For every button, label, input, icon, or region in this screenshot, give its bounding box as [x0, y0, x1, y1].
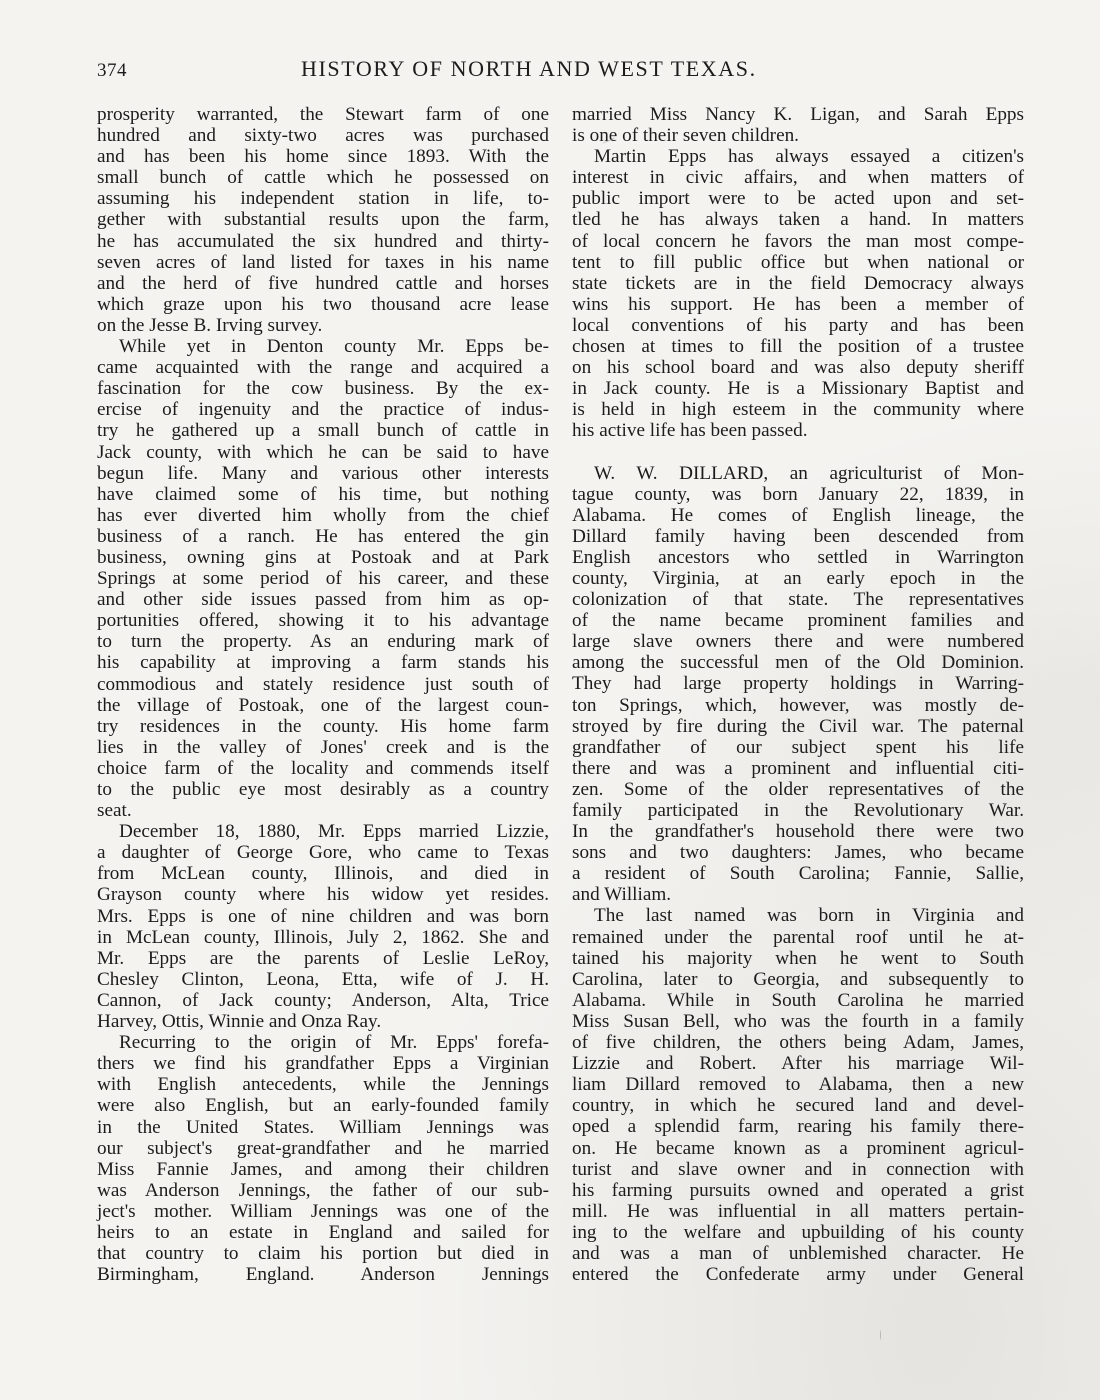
text-line: in Jack county. He is a Missionary Bapti…: [572, 378, 1024, 399]
text-line: In the grandfather's household there wer…: [572, 821, 1024, 842]
page-number: 374: [97, 60, 127, 82]
text-line: married Miss Nancy K. Ligan, and Sarah E…: [572, 104, 1024, 125]
text-line: W. W. DILLARD, an agriculturist of Mon-: [572, 463, 1024, 484]
text-line: Miss Fannie James, and among their child…: [97, 1159, 549, 1180]
text-line: to turn the property. As an enduring mar…: [97, 631, 549, 652]
text-line: country, in which he secured land and de…: [572, 1095, 1024, 1116]
text-line: and the herd of five hundred cattle and …: [97, 273, 549, 294]
text-line: tague county, was born January 22, 1839,…: [572, 484, 1024, 505]
left-text-column: prosperity warranted, the Stewart farm o…: [97, 104, 549, 1285]
text-line: Mrs. Epps is one of nine children and wa…: [97, 906, 549, 927]
paragraph: The last named was born in Virginia andr…: [572, 905, 1024, 1285]
text-line: Springs at some period of his career, an…: [97, 568, 549, 589]
running-head: 374 HISTORY OF NORTH AND WEST TEXAS.: [97, 56, 809, 86]
text-line: colonization of that state. The represen…: [572, 589, 1024, 610]
text-line: Alabama. He comes of English lineage, th…: [572, 505, 1024, 526]
text-line: our subject's great-grandfather and he m…: [97, 1138, 549, 1159]
text-line: The last named was born in Virginia and: [572, 905, 1024, 926]
text-line: tled he has always taken a hand. In matt…: [572, 209, 1024, 230]
text-line: stroyed by fire during the Civil war. Th…: [572, 716, 1024, 737]
scanned-book-page: 374 HISTORY OF NORTH AND WEST TEXAS. pro…: [0, 0, 1100, 1400]
text-line: choice farm of the locality and commends…: [97, 758, 549, 779]
text-line: the village of Postoak, one of the large…: [97, 695, 549, 716]
text-line: Martin Epps has always essayed a citizen…: [572, 146, 1024, 167]
scan-mark: [880, 1330, 881, 1340]
text-line: lies in the valley of Jones' creek and i…: [97, 737, 549, 758]
text-line: grandfather of our subject spent his lif…: [572, 737, 1024, 758]
text-line: county, Virginia, at an early epoch in t…: [572, 568, 1024, 589]
text-line: Dillard family having been descended fro…: [572, 526, 1024, 547]
text-line: Jack county, with which he can be said t…: [97, 442, 549, 463]
text-line: interest in civic affairs, and when matt…: [572, 167, 1024, 188]
text-line: his farming pursuits owned and operated …: [572, 1180, 1024, 1201]
text-line: business of a ranch. He has entered the …: [97, 526, 549, 547]
text-line: chosen at times to fill the position of …: [572, 336, 1024, 357]
text-line: thers we find his grandfather Epps a Vir…: [97, 1053, 549, 1074]
text-line: liam Dillard removed to Alabama, then a …: [572, 1074, 1024, 1095]
text-line: is one of their seven children.: [572, 125, 1024, 146]
text-line: sons and two daughters: James, who becam…: [572, 842, 1024, 863]
text-line: in McLean county, Illinois, July 2, 1862…: [97, 927, 549, 948]
text-line: he has accumulated the six hundred and t…: [97, 231, 549, 252]
text-line: ject's mother. William Jennings was one …: [97, 1201, 549, 1222]
text-line: tent to fill public office but when nati…: [572, 252, 1024, 273]
text-line: is held in high esteem in the community …: [572, 399, 1024, 420]
text-line: state tickets are in the field Democracy…: [572, 273, 1024, 294]
paragraph: Recurring to the origin of Mr. Epps' for…: [97, 1032, 549, 1285]
text-line: try residences in the county. His home f…: [97, 716, 549, 737]
text-line: large slave owners there and were number…: [572, 631, 1024, 652]
text-line: which graze upon his two thousand acre l…: [97, 294, 549, 315]
text-line: try he gathered up a small bunch of catt…: [97, 420, 549, 441]
text-line: public import were to be acted upon and …: [572, 188, 1024, 209]
text-line: Carolina, later to Georgia, and subseque…: [572, 969, 1024, 990]
text-line: Mr. Epps are the parents of Leslie LeRoy…: [97, 948, 549, 969]
text-line: among the successful men of the Old Domi…: [572, 652, 1024, 673]
text-line: wins his support. He has been a member o…: [572, 294, 1024, 315]
text-line: came acquainted with the range and acqui…: [97, 357, 549, 378]
text-line: and other side issues passed from him as…: [97, 589, 549, 610]
text-line: hundred and sixty-two acres was purchase…: [97, 125, 549, 146]
text-line: Grayson county where his widow yet resid…: [97, 884, 549, 905]
text-line: to the public eye most desirably as a co…: [97, 779, 549, 800]
text-line: tained his majority when he went to Sout…: [572, 948, 1024, 969]
text-line: entered the Confederate army under Gener…: [572, 1264, 1024, 1285]
text-line: While yet in Denton county Mr. Epps be-: [97, 336, 549, 357]
paragraph: prosperity warranted, the Stewart farm o…: [97, 104, 549, 336]
paragraph: W. W. DILLARD, an agriculturist of Mon-t…: [572, 463, 1024, 906]
text-line: of five children, the others being Adam,…: [572, 1032, 1024, 1053]
text-line: a resident of South Carolina; Fannie, Sa…: [572, 863, 1024, 884]
text-line: Harvey, Ottis, Winnie and Onza Ray.: [97, 1011, 549, 1032]
text-line: heirs to an estate in England and sailed…: [97, 1222, 549, 1243]
text-line: in the United States. William Jennings w…: [97, 1117, 549, 1138]
text-line: and William.: [572, 884, 1024, 905]
text-line: assuming his independent station in life…: [97, 188, 549, 209]
text-line: of local concern he favors the man most …: [572, 231, 1024, 252]
paragraph: married Miss Nancy K. Ligan, and Sarah E…: [572, 104, 1024, 146]
text-line: gether with substantial results upon the…: [97, 209, 549, 230]
text-line: his capability at improving a farm stand…: [97, 652, 549, 673]
text-line: Birmingham, England. Anderson Jennings: [97, 1264, 549, 1285]
text-line: have claimed some of his time, but nothi…: [97, 484, 549, 505]
text-line: local conventions of his party and has b…: [572, 315, 1024, 336]
text-line: were also English, but an early-founded …: [97, 1095, 549, 1116]
paragraph: While yet in Denton county Mr. Epps be-c…: [97, 336, 549, 821]
text-line: Miss Susan Bell, who was the fourth in a…: [572, 1011, 1024, 1032]
section-break: [572, 442, 1024, 463]
text-line: December 18, 1880, Mr. Epps married Lizz…: [97, 821, 549, 842]
text-line: small bunch of cattle which he possessed…: [97, 167, 549, 188]
text-line: ton Springs, which, however, was mostly …: [572, 695, 1024, 716]
text-line: Lizzie and Robert. After his marriage Wi…: [572, 1053, 1024, 1074]
text-line: was Anderson Jennings, the father of our…: [97, 1180, 549, 1201]
paragraph: Martin Epps has always essayed a citizen…: [572, 146, 1024, 441]
text-line: Cannon, of Jack county; Anderson, Alta, …: [97, 990, 549, 1011]
text-line: a daughter of George Gore, who came to T…: [97, 842, 549, 863]
text-line: on. He became known as a prominent agric…: [572, 1138, 1024, 1159]
text-line: family participated in the Revolutionary…: [572, 800, 1024, 821]
book-title: HISTORY OF NORTH AND WEST TEXAS.: [301, 56, 757, 82]
text-line: remained under the parental roof until h…: [572, 927, 1024, 948]
text-line: oped a splendid farm, rearing his family…: [572, 1116, 1024, 1137]
text-line: there and was a prominent and influentia…: [572, 758, 1024, 779]
text-line: They had large property holdings in Warr…: [572, 673, 1024, 694]
text-line: mill. He was influential in all matters …: [572, 1201, 1024, 1222]
text-line: and has been his home since 1893. With t…: [97, 146, 549, 167]
right-text-column: married Miss Nancy K. Ligan, and Sarah E…: [572, 104, 1024, 1285]
text-line: seven acres of land listed for taxes in …: [97, 252, 549, 273]
text-line: Recurring to the origin of Mr. Epps' for…: [97, 1032, 549, 1053]
text-line: English ancestors who settled in Warring…: [572, 547, 1024, 568]
text-line: seat.: [97, 800, 549, 821]
text-line: with English antecedents, while the Jenn…: [97, 1074, 549, 1095]
text-line: fascination for the cow business. By the…: [97, 378, 549, 399]
text-line: ercise of ingenuity and the practice of …: [97, 399, 549, 420]
text-line: commodious and stately residence just so…: [97, 674, 549, 695]
paragraph: December 18, 1880, Mr. Epps married Lizz…: [97, 821, 549, 1032]
text-line: on his school board and was also deputy …: [572, 357, 1024, 378]
text-line: zen. Some of the older representatives o…: [572, 779, 1024, 800]
text-line: Chesley Clinton, Leona, Etta, wife of J.…: [97, 969, 549, 990]
text-line: on the Jesse B. Irving survey.: [97, 315, 549, 336]
text-line: of the name became prominent families an…: [572, 610, 1024, 631]
text-line: his active life has been passed.: [572, 420, 1024, 441]
text-line: ing to the welfare and upbuilding of his…: [572, 1222, 1024, 1243]
text-line: turist and slave owner and in connection…: [572, 1159, 1024, 1180]
text-line: begun life. Many and various other inter…: [97, 463, 549, 484]
text-line: has ever diverted him wholly from the ch…: [97, 505, 549, 526]
text-line: from McLean county, Illinois, and died i…: [97, 863, 549, 884]
text-line: Alabama. While in South Carolina he marr…: [572, 990, 1024, 1011]
text-line: portunities offered, showing it to his a…: [97, 610, 549, 631]
text-line: prosperity warranted, the Stewart farm o…: [97, 104, 549, 125]
text-line: and was a man of unblemished character. …: [572, 1243, 1024, 1264]
text-line: business, owning gins at Postoak and at …: [97, 547, 549, 568]
text-line: that country to claim his portion but di…: [97, 1243, 549, 1264]
